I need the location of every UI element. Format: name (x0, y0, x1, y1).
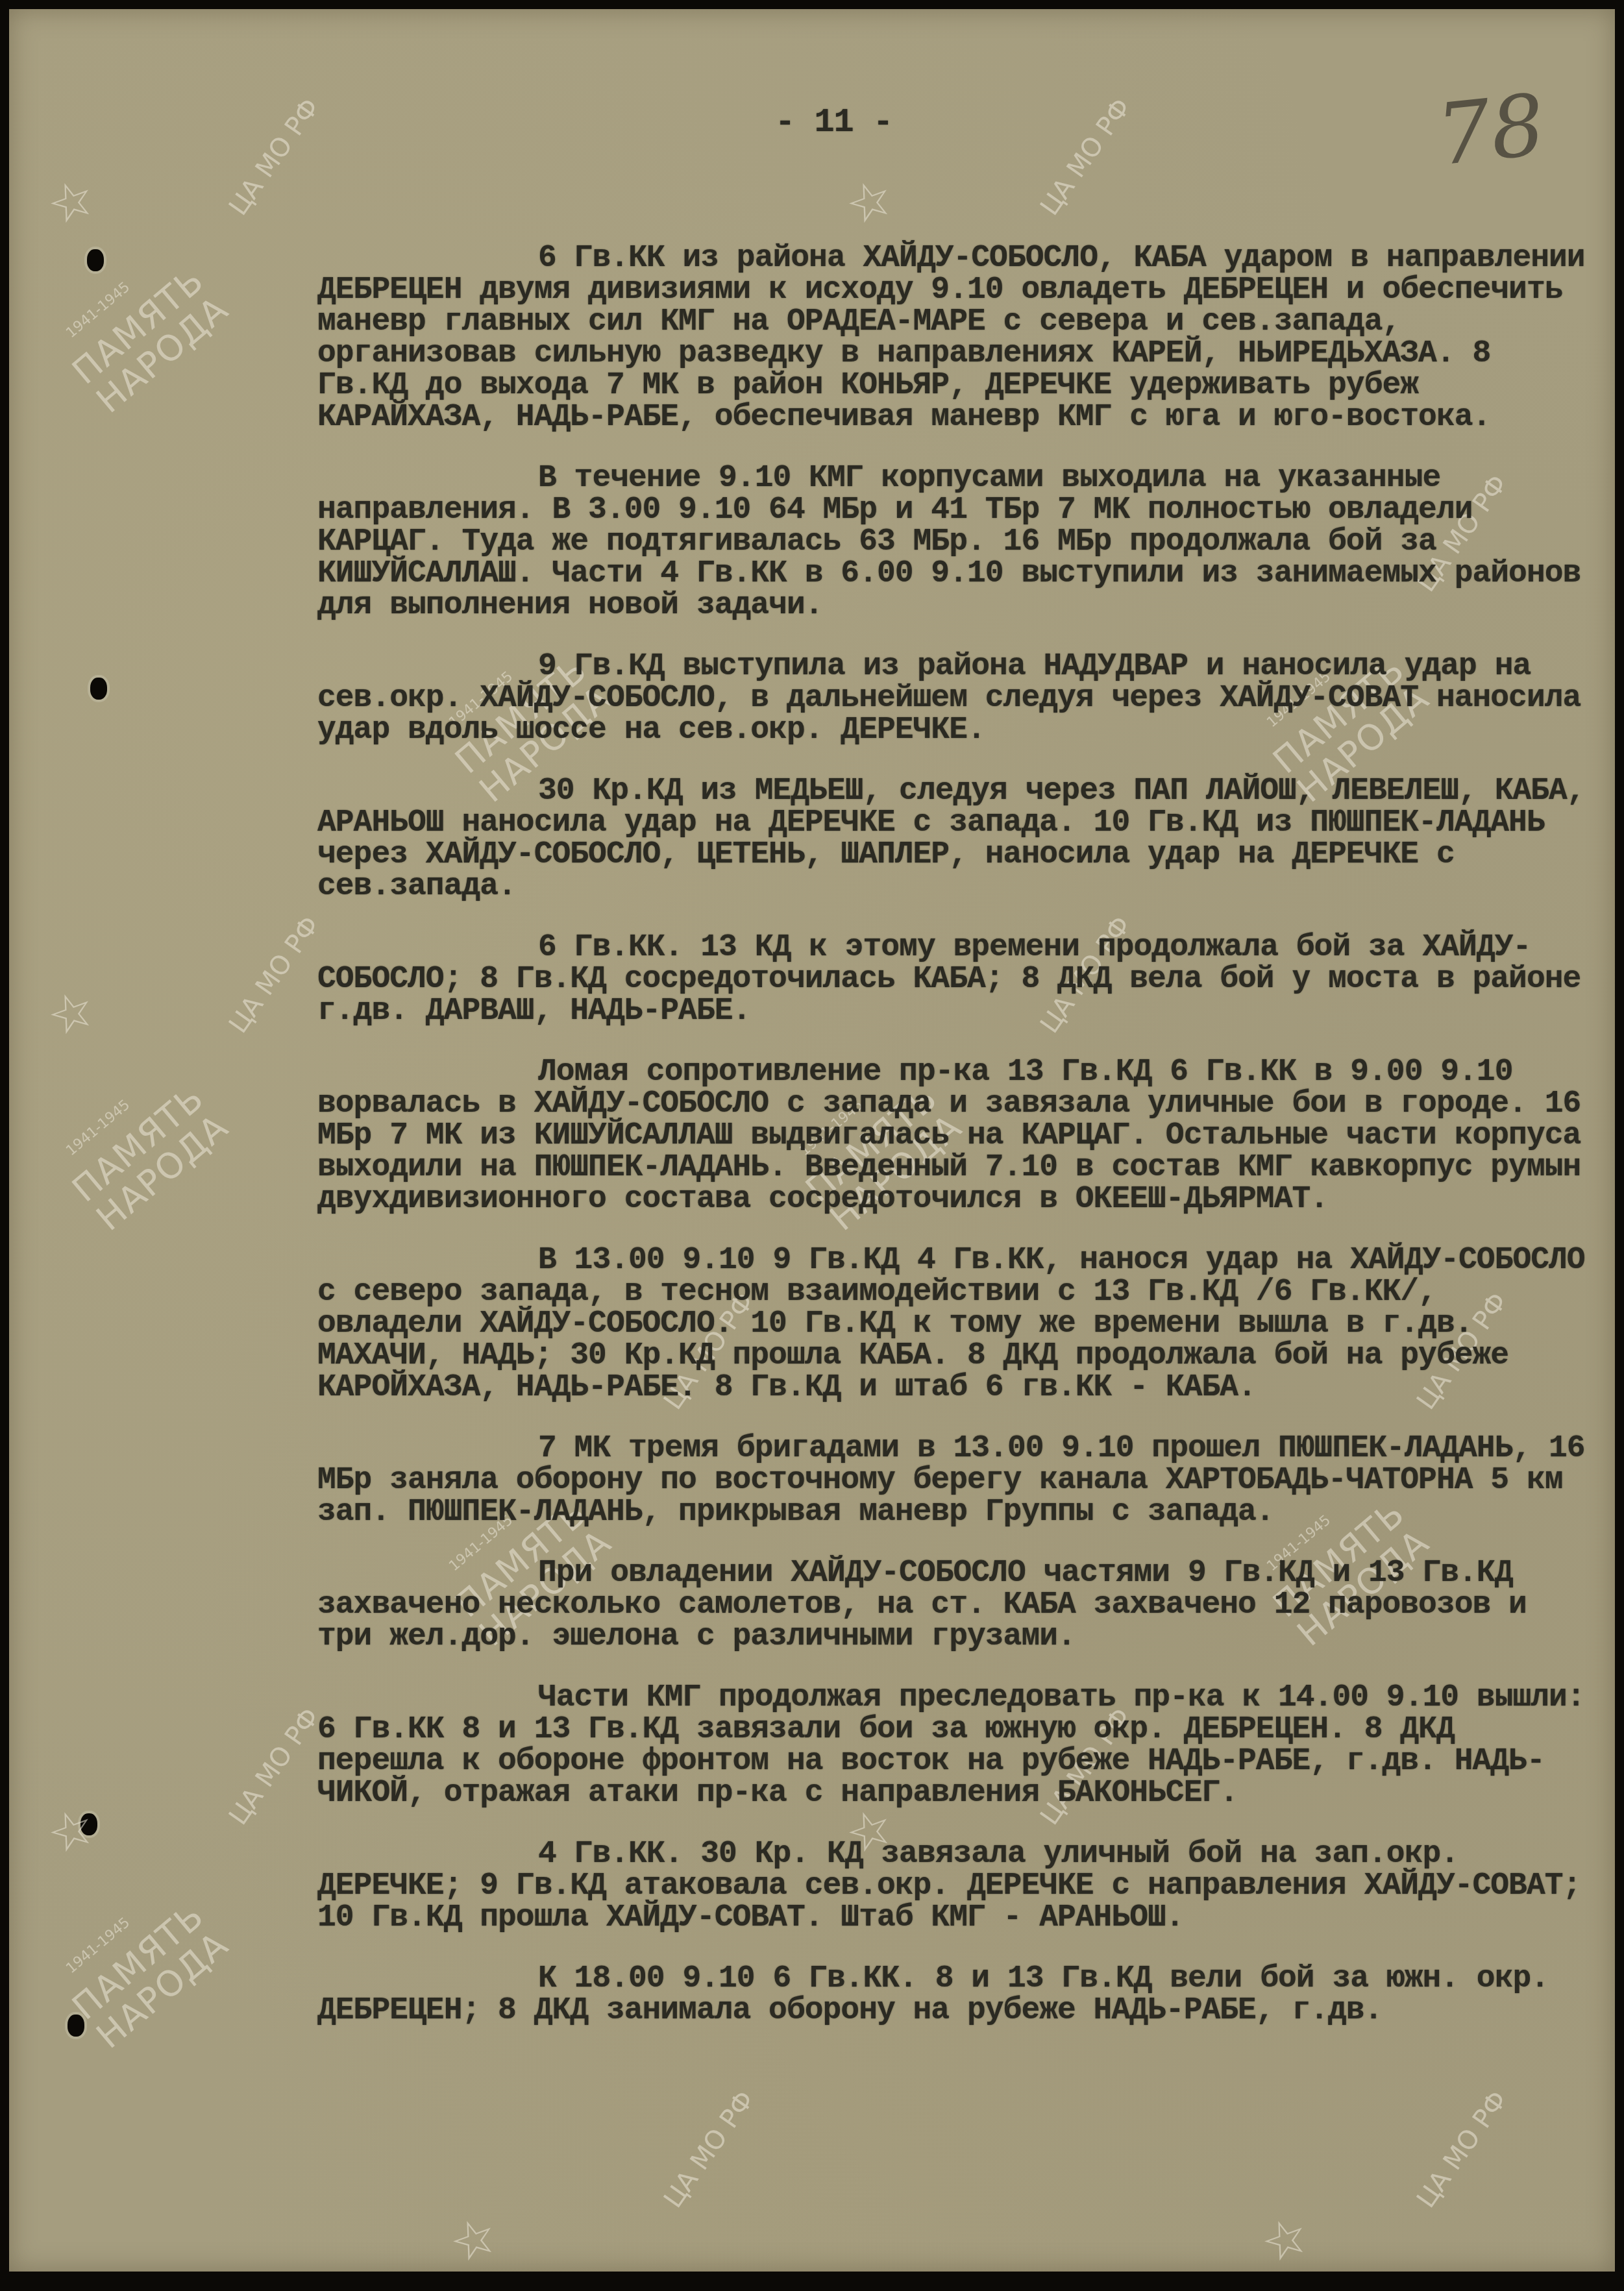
watermark-star-icon: ☆ (39, 1795, 104, 1868)
watermark-pamyat-naroda: 1941-1945 ПАМЯТЬ НАРОДА (42, 1049, 236, 1238)
paragraph: 30 Кр.КД из МЕДЬЕШ, следуя через ПАП ЛАЙ… (317, 776, 1590, 903)
paragraph: Ломая сопротивление пр-ка 13 Гв.КД 6 Гв.… (317, 1057, 1590, 1216)
document-sheet: ЦА МО РФ ЦА МО РФ ЦА МО РФ ЦА МО РФ ЦА М… (9, 9, 1615, 2272)
watermark-star-icon: ☆ (39, 977, 104, 1050)
paragraph: 7 МК тремя бригадами в 13.00 9.10 прошел… (317, 1433, 1590, 1528)
watermark-star-icon: ☆ (1253, 2203, 1318, 2277)
paragraph: К 18.00 9.10 6 Гв.КК. 8 и 13 Гв.КД вели … (317, 1963, 1590, 2027)
watermark-archive: ЦА МО РФ (1411, 2085, 1513, 2213)
paragraph: 6 Гв.КК. 13 КД к этому времени продолжал… (317, 932, 1590, 1027)
watermark-archive: ЦА МО РФ (223, 911, 325, 1038)
paragraph: В течение 9.10 КМГ корпусами выходила на… (317, 463, 1590, 622)
watermark-star-icon: ☆ (441, 2203, 506, 2277)
document-body: 6 Гв.КК из района ХАЙДУ-СОБОСЛО, КАБА уд… (317, 243, 1590, 2056)
paragraph: Части КМГ продолжая преследовать пр-ка к… (317, 1682, 1590, 1809)
watermark-archive: ЦА МО РФ (223, 93, 325, 221)
paragraph: При овладении ХАЙДУ-СОБОСЛО частями 9 Гв… (317, 1558, 1590, 1653)
paragraph: В 13.00 9.10 9 Гв.КД 4 Гв.КК, нанося уда… (317, 1245, 1590, 1404)
punch-hole (68, 2015, 84, 2037)
paragraph: 9 Гв.КД выступила из района НАДУДВАР и н… (317, 651, 1590, 746)
archive-sheet-number: 78 (1433, 75, 1549, 184)
watermark-pamyat-naroda: 1941-1945 ПАМЯТЬ НАРОДА (42, 232, 236, 420)
punch-hole (90, 678, 107, 700)
watermark-archive: ЦА МО РФ (223, 1702, 325, 1830)
paragraph: 6 Гв.КК из района ХАЙДУ-СОБОСЛО, КАБА уд… (317, 243, 1590, 434)
watermark-star-icon: ☆ (837, 165, 902, 239)
watermark-archive: ЦА МО РФ (658, 2085, 760, 2213)
watermark-archive: ЦА МО РФ (1035, 93, 1137, 221)
watermark-star-icon: ☆ (39, 165, 104, 239)
punch-hole (87, 249, 104, 271)
paragraph: 4 Гв.КК. 30 Кр. КД завязала уличный бой … (317, 1839, 1590, 1934)
page-number: - 11 - (775, 106, 892, 138)
